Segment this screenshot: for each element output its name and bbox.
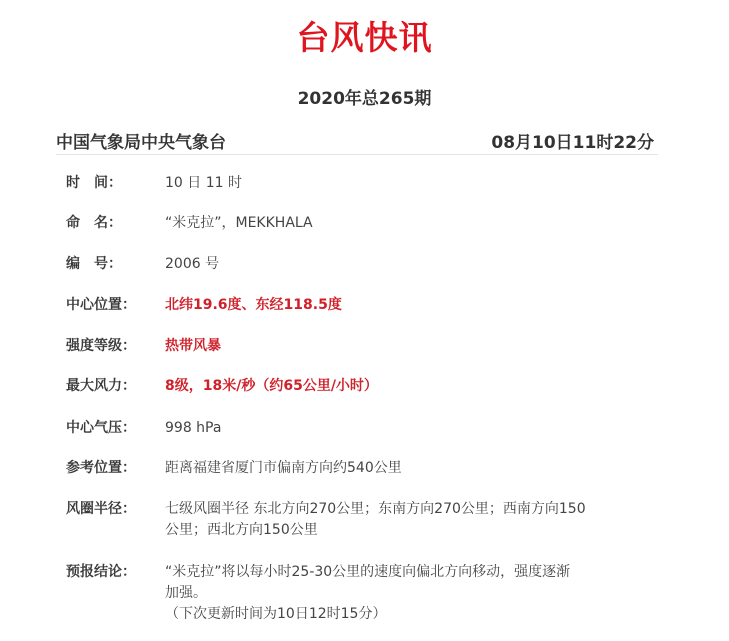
field-label: 最大风力： bbox=[66, 376, 156, 397]
field-label: 中心位置： bbox=[66, 295, 156, 316]
value-line: （下次更新时间为10日12时15分） bbox=[165, 604, 645, 625]
value-line: 加强。 bbox=[165, 583, 645, 604]
value-line: 公里；西北方向150公里 bbox=[165, 520, 645, 541]
field-label: 命 名： bbox=[66, 213, 156, 234]
value-line: “米克拉”将以每小时25-30公里的速度向偏北方向移动，强度逐渐 bbox=[165, 562, 645, 583]
agency-name: 中国气象局中央气象台 bbox=[56, 128, 226, 153]
field-value: “米克拉”，MEKKHALA bbox=[165, 213, 645, 234]
field-value: 热带风暴 bbox=[165, 336, 645, 357]
value-line: 七级风圈半径 东北方向270公里；东南方向270公里；西南方向150 bbox=[165, 499, 645, 520]
field-value: 10 日 11 时 bbox=[165, 173, 645, 194]
issue-number: 2020年总265期 bbox=[0, 84, 729, 109]
field-value: 七级风圈半径 东北方向270公里；东南方向270公里；西南方向150 公里；西北… bbox=[165, 499, 645, 541]
field-value: 北纬19.6度、东经118.5度 bbox=[165, 295, 645, 316]
field-value: “米克拉”将以每小时25-30公里的速度向偏北方向移动，强度逐渐 加强。 （下次… bbox=[165, 562, 645, 625]
field-label: 中心气压： bbox=[66, 418, 156, 439]
field-label: 风圈半径： bbox=[66, 499, 156, 520]
field-value: 998 hPa bbox=[165, 418, 645, 439]
field-label: 预报结论： bbox=[66, 562, 156, 583]
field-label: 编 号： bbox=[66, 254, 156, 275]
bulletin-header: 中国气象局中央气象台 08月10日11时22分 bbox=[56, 126, 658, 155]
field-label: 参考位置： bbox=[66, 458, 156, 479]
field-label: 强度等级： bbox=[66, 336, 156, 357]
field-label: 时 间： bbox=[66, 173, 156, 194]
field-value: 8级，18米/秒（约65公里/小时） bbox=[165, 376, 645, 397]
field-value: 2006 号 bbox=[165, 254, 645, 275]
issued-time: 08月10日11时22分 bbox=[491, 128, 654, 153]
field-value: 距离福建省厦门市偏南方向约540公里 bbox=[165, 458, 645, 479]
bulletin-title: 台风快讯 bbox=[0, 12, 729, 59]
